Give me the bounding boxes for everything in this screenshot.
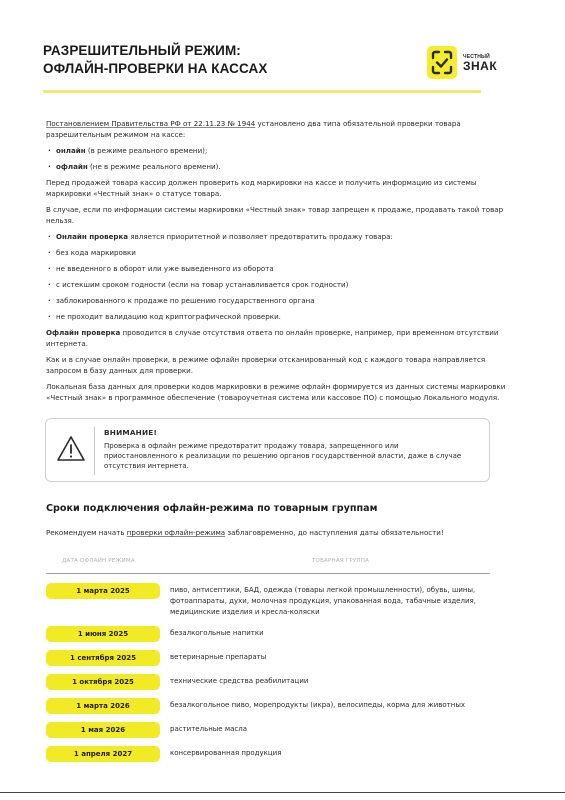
schedule-table: 1 марта 2025пиво, антисептики, БАД, одеж… [46, 583, 490, 762]
date-pill: 1 октября 2025 [46, 674, 160, 690]
offline-check-link[interactable]: проверки офлайн-режима [127, 528, 225, 537]
product-group: технические средства реабилитации [170, 674, 490, 687]
list-item: с истекшим сроком годности (если на това… [46, 279, 516, 290]
paragraph-local-db: Локальная база данных для проверки кодов… [46, 381, 516, 403]
table-row: 1 сентября 2025ветеринарные препараты [46, 650, 490, 666]
document-page: РАЗРЕШИТЕЛЬНЫЙ РЕЖИМ: ОФЛАЙН-ПРОВЕРКИ НА… [0, 0, 565, 800]
product-group: безалкогольное пиво, морепродукты (икра)… [170, 698, 490, 711]
list-item: онлайн (в режиме реального времени); [46, 145, 516, 156]
product-group: ветеринарные препараты [170, 650, 490, 663]
checkmark-frame-icon [427, 46, 457, 79]
table-row: 1 октября 2025технические средства реаби… [46, 674, 490, 690]
warning-body: ВНИМАНИЕ! Проверка в офлайн режиме предо… [104, 428, 474, 471]
warning-divider [94, 427, 95, 475]
warning-title: ВНИМАНИЕ! [104, 428, 474, 438]
check-modes-list: онлайн (в режиме реального времени); офл… [46, 145, 516, 172]
decree-link[interactable]: Постановлением Правительства РФ от 22.11… [46, 119, 255, 128]
schedule-title: Сроки подключения офлайн-режима по товар… [46, 503, 377, 514]
date-pill: 1 мая 2026 [46, 722, 160, 738]
date-pill: 1 марта 2026 [46, 698, 160, 714]
intro-paragraph: Постановлением Правительства РФ от 22.11… [46, 118, 516, 140]
online-check-list: Онлайн проверка является приоритетной и … [46, 231, 516, 322]
product-group: безалкогольные напитки [170, 626, 490, 639]
list-item: без кода маркировки [46, 247, 516, 258]
list-item: офлайн (не в режиме реального времени). [46, 161, 516, 172]
date-pill: 1 июня 2025 [46, 626, 160, 642]
warning-text: Проверка в офлайн режиме предотвратит пр… [104, 441, 474, 471]
table-row: 1 мая 2026растительные масла [46, 722, 490, 738]
page-header: РАЗРЕШИТЕЛЬНЫЙ РЕЖИМ: ОФЛАЙН-ПРОВЕРКИ НА… [43, 42, 481, 78]
paragraph-cashier: Перед продажей товара кассир должен пров… [46, 177, 516, 199]
table-row: 1 марта 2025пиво, антисептики, БАД, одеж… [46, 583, 490, 618]
intro-section: Постановлением Правительства РФ от 22.11… [46, 118, 516, 408]
column-header-date: ДАТА ОФЛАЙН РЕЖИМА [62, 558, 135, 564]
column-header-group: ТОВАРНАЯ ГРУППА [312, 558, 369, 564]
warning-callout: ВНИМАНИЕ! Проверка в офлайн режиме предо… [45, 418, 490, 482]
product-group: растительные масла [170, 722, 490, 735]
paragraph-scan: Как и в случае онлайн проверки, в режиме… [46, 354, 516, 376]
footer-divider [0, 792, 565, 793]
product-group: пиво, антисептики, БАД, одежда (товары л… [170, 583, 490, 618]
date-pill: 1 апреля 2027 [46, 746, 160, 762]
logo-wordmark: ЧЕСТНЫЙ ЗНАК [463, 54, 497, 72]
paragraph-offline: Офлайн проверка проводится в случае отсу… [46, 327, 516, 349]
list-item: не введенного в оборот или уже выведенно… [46, 263, 516, 274]
schedule-note: Рекомендуем начать проверки офлайн-режим… [46, 528, 444, 537]
list-item: заблокированного к продаже по решению го… [46, 295, 516, 306]
list-item: Онлайн проверка является приоритетной и … [46, 231, 516, 242]
title-line-2: ОФЛАЙН-ПРОВЕРКИ НА КАССАХ [43, 60, 481, 78]
date-pill: 1 марта 2025 [46, 583, 160, 599]
table-row: 1 марта 2026безалкогольное пиво, морепро… [46, 698, 490, 714]
product-group: консервированная продукция [170, 746, 490, 759]
paragraph-forbidden: В случае, если по информации системы мар… [46, 204, 516, 226]
table-row: 1 апреля 2027консервированная продукция [46, 746, 490, 762]
chestny-znak-logo: ЧЕСТНЫЙ ЗНАК [427, 46, 497, 79]
table-row: 1 июня 2025безалкогольные напитки [46, 626, 490, 642]
logo-big-text: ЗНАК [463, 60, 497, 72]
list-item: не проходит валидацию код криптографичес… [46, 311, 516, 322]
title-line-1: РАЗРЕШИТЕЛЬНЫЙ РЕЖИМ: [43, 42, 481, 60]
warning-triangle-icon [56, 435, 86, 466]
header-divider [43, 90, 481, 93]
page-title: РАЗРЕШИТЕЛЬНЫЙ РЕЖИМ: ОФЛАЙН-ПРОВЕРКИ НА… [43, 42, 481, 78]
table-header-divider [46, 573, 490, 574]
date-pill: 1 сентября 2025 [46, 650, 160, 666]
